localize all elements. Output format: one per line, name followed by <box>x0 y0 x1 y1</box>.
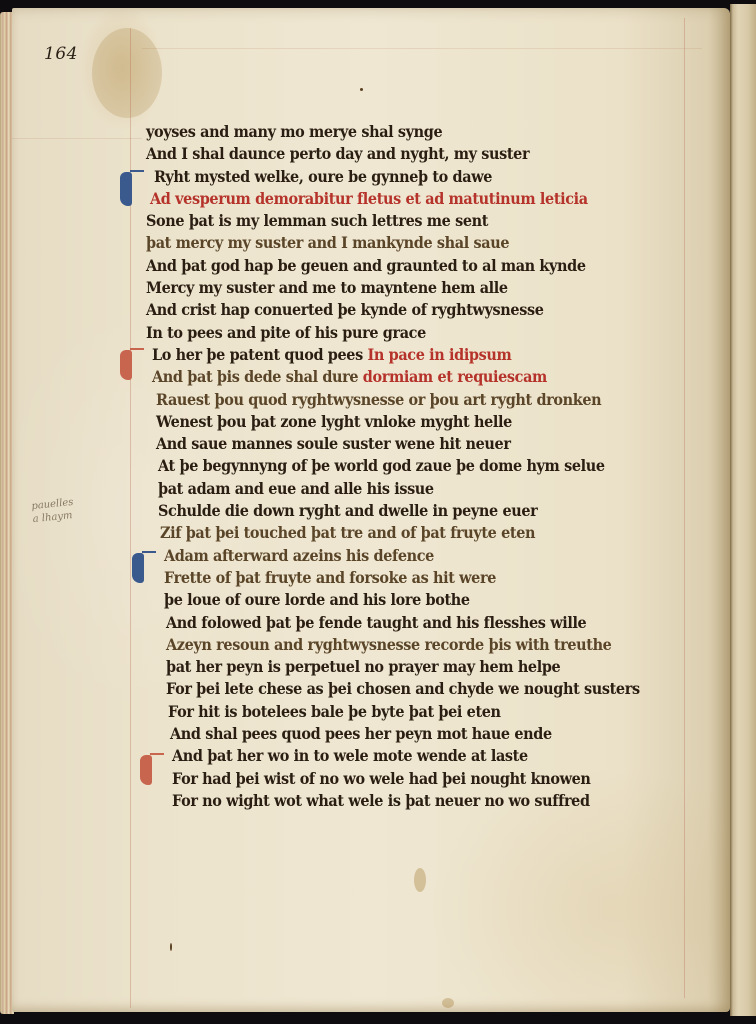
text-line: Frette of þat fruyte and forsoke as hit … <box>164 567 722 589</box>
text-line: At þe begynnyng of þe world god zaue þe … <box>158 455 716 477</box>
text-line: For hit is botelees bale þe byte þat þei… <box>168 701 726 723</box>
text-line: Sone þat is my lemman such lettres me se… <box>146 210 704 232</box>
text-line: For had þei wist of no wo wele had þei n… <box>172 768 730 790</box>
text-line: Ryht mysted welke, oure be gynneþ to daw… <box>154 166 712 188</box>
rubric-line: Ad vesperum demorabitur fletus et ad mat… <box>150 188 708 210</box>
text-line: For þei lete chese as þei chosen and chy… <box>166 678 724 700</box>
ink-speck <box>170 943 172 951</box>
folio-number: 164 <box>44 44 78 64</box>
top-ruling <box>142 48 702 49</box>
marginal-annotation: pauelles a lhaym <box>31 496 76 526</box>
text-line: Schulde die down ryght and dwelle in pey… <box>158 500 716 522</box>
text-line-with-rubric: Lo her þe patent quod pees In pace in id… <box>152 344 710 366</box>
text-line: þat mercy my suster and I mankynde shal … <box>146 232 704 254</box>
text-line: Zif þat þei touched þat tre and of þat f… <box>160 522 718 544</box>
text-line: Adam afterward azeins his defence <box>164 545 722 567</box>
text-line: And saue mannes soule suster wene hit ne… <box>156 433 714 455</box>
blue-paraph-mark <box>132 553 144 583</box>
text-line: And folowed þat þe fende taught and his … <box>166 612 724 634</box>
text-line: Azeyn resoun and ryghtwysnesse recorde þ… <box>166 634 724 656</box>
text-line: Rauest þou quod ryghtwysnesse or þou art… <box>156 389 714 411</box>
rubric-phrase: dormiam et requiescam <box>363 367 547 386</box>
ink-speck <box>360 88 363 91</box>
stain <box>442 998 454 1008</box>
text-line-with-rubric: And þat þis dede shal dure dormiam et re… <box>152 366 710 388</box>
text-line: And þat her wo in to wele mote wende at … <box>172 745 730 767</box>
line-text: Lo her þe patent quod pees <box>152 345 363 364</box>
text-line: Wenest þou þat zone lyght vnloke myght h… <box>156 411 714 433</box>
stain <box>414 868 426 892</box>
text-line: þe loue of oure lorde and his lore bothe <box>164 589 722 611</box>
line-text: And þat þis dede shal dure <box>152 367 358 386</box>
text-line: And þat god hap be geuen and graunted to… <box>146 255 704 277</box>
stain <box>92 28 162 118</box>
manuscript-text: yoyses and many mo merye shal synge And … <box>146 121 746 812</box>
text-line: þat her peyn is perpetuel no prayer may … <box>166 656 724 678</box>
text-line: yoyses and many mo merye shal synge <box>146 121 704 143</box>
text-line: And I shal daunce perto day and nyght, m… <box>146 143 704 165</box>
manuscript-viewer: 164 pauelles a lhaym yoyses and many mo … <box>0 0 756 1024</box>
red-paraph-mark <box>120 350 132 380</box>
text-line: And shal pees quod pees her peyn mot hau… <box>170 723 728 745</box>
text-line: þat adam and eue and alle his issue <box>158 478 716 500</box>
blue-paraph-mark <box>120 172 132 206</box>
text-line: For no wight wot what wele is þat neuer … <box>172 790 730 812</box>
rubric-phrase: In pace in idipsum <box>367 345 511 364</box>
text-line: And crist hap conuerted þe kynde of rygh… <box>146 299 704 321</box>
text-line: Mercy my suster and me to mayntene hem a… <box>146 277 704 299</box>
side-ruling <box>12 138 142 139</box>
text-line: In to pees and pite of his pure grace <box>146 322 704 344</box>
